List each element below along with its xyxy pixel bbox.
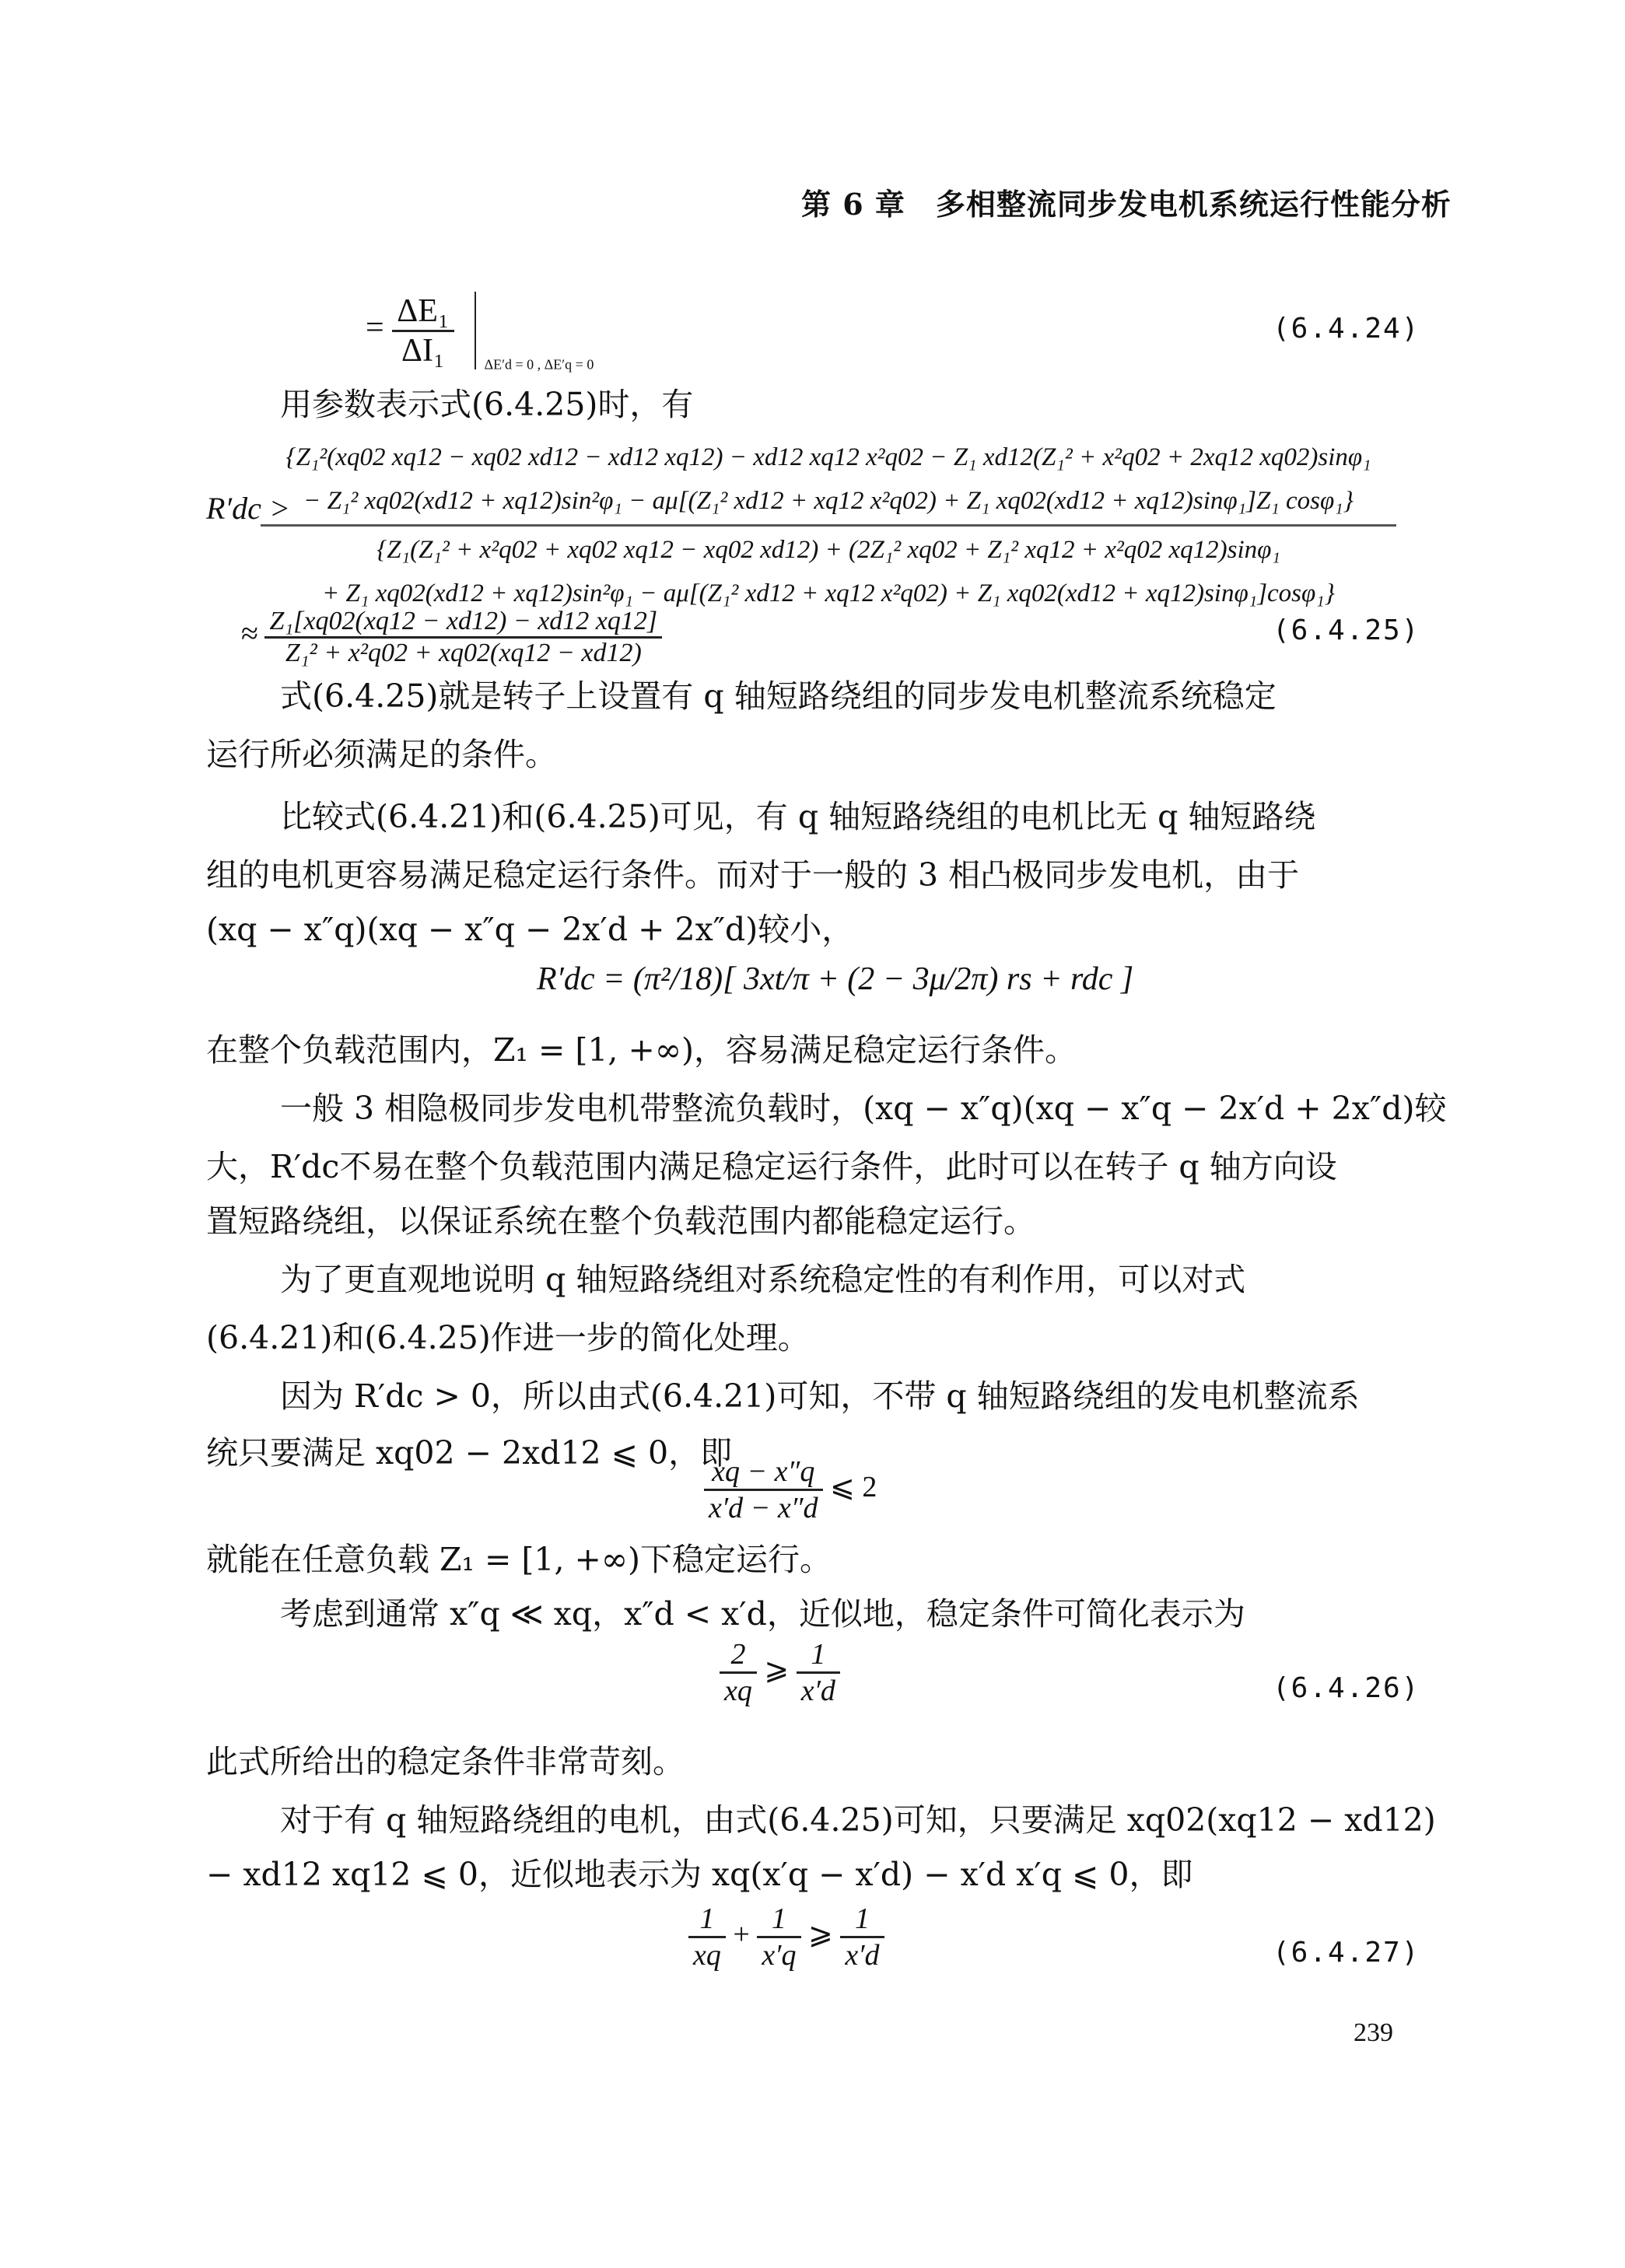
numerator-line: {Z₁²(xq02 xq12 − xq02 xd12 − xd12 xq12) … xyxy=(261,436,1396,479)
evaluation-condition: ΔE′d = 0 , ΔE′q = 0 xyxy=(485,357,594,373)
equation-number: (6.4.25) xyxy=(1273,614,1420,646)
equals-sign: = xyxy=(366,310,384,346)
running-header: 第 6 章 多相整流同步发电机系统运行性能分析 xyxy=(801,180,1452,223)
page-number: 239 xyxy=(1354,2018,1393,2048)
equation-rdc: R′dc = (π²/18)[ 3xt/π + (2 − 3μ/2π) rs +… xyxy=(537,961,1133,998)
numerator: ΔE₁ xyxy=(392,292,454,330)
paragraph: 考虑到通常 x″q ≪ xq，x″d < x′d，近似地，稳定条件可简化表示为 xyxy=(280,1591,1245,1637)
paragraph: 比较式(6.4.21)和(6.4.25)可见，有 q 轴短路绕组的电机比无 q … xyxy=(280,793,1315,840)
paragraph: 此式所给出的稳定条件非常苛刻。 xyxy=(206,1738,685,1785)
numerator: Z₁[xq02(xq12 − xd12) − xd12 xq12] xyxy=(264,607,662,636)
operator: ⩾ xyxy=(808,1918,833,1951)
equation-6-4-24: = ΔE₁ ΔI₁ ΔE′d = 0 , ΔE′q = 0 xyxy=(366,292,594,373)
denominator: x′d xyxy=(840,1936,884,1972)
paragraph: (6.4.21)和(6.4.25)作进一步的简化处理。 xyxy=(206,1314,810,1361)
numerator: xq − x″q xyxy=(704,1454,823,1489)
denominator: x′q xyxy=(757,1936,800,1972)
paragraph: − xd12 xq12 ⩽ 0，近似地表示为 xq(x′q − x′d) − x… xyxy=(206,1851,1192,1898)
numerator: 1 xyxy=(797,1637,840,1671)
numerator: 1 xyxy=(688,1902,726,1936)
fraction: ΔE₁ ΔI₁ xyxy=(392,292,454,369)
equation-6-4-26: 2xq ⩾ 1x′d xyxy=(720,1637,840,1708)
numerator: 1 xyxy=(840,1902,884,1936)
operator: + xyxy=(733,1918,749,1951)
paragraph: 对于有 q 轴短路绕组的电机，由式(6.4.25)可知，只要满足 xq02(xq… xyxy=(280,1797,1436,1843)
paragraph: 在整个负载范围内，Z₁ = [1, +∞)，容易满足稳定运行条件。 xyxy=(206,1027,1077,1073)
equation-6-4-25: {Z₁²(xq02 xq12 − xq02 xd12 − xd12 xq12) … xyxy=(261,436,1396,615)
paragraph: 大，R′dc不易在整个负载范围内满足稳定运行条件，此时可以在转子 q 轴方向设 xyxy=(206,1143,1337,1190)
denominator: xq xyxy=(688,1936,726,1972)
numerator: 2 xyxy=(720,1637,757,1671)
paragraph: 一般 3 相隐极同步发电机带整流负载时，(xq − x″q)(xq − x″q … xyxy=(280,1085,1446,1132)
paragraph: 式(6.4.25)就是转子上设置有 q 轴短路绕组的同步发电机整流系统稳定 xyxy=(280,673,1277,719)
paragraph: 就能在任意负载 Z₁ = [1, +∞)下稳定运行。 xyxy=(206,1536,832,1583)
paragraph: 为了更直观地说明 q 轴短路绕组对系统稳定性的有利作用，可以对式 xyxy=(280,1256,1245,1303)
equation-number: (6.4.27) xyxy=(1273,1937,1420,1969)
equation-number: (6.4.24) xyxy=(1273,313,1420,345)
numerator-line: − Z₁² xq02(xd12 + xq12)sin²φ₁ − aμ[(Z₁² … xyxy=(261,479,1396,523)
paragraph: (xq − x″q)(xq − x″q − 2x′d + 2x″d)较小， xyxy=(206,906,853,953)
equation-number: (6.4.26) xyxy=(1273,1672,1420,1704)
denominator: ΔI₁ xyxy=(392,330,454,369)
inequality-rhs: ⩽ 2 xyxy=(830,1471,877,1503)
paragraph: 组的电机更容易满足稳定运行条件。而对于一般的 3 相凸极同步发电机，由于 xyxy=(206,852,1299,898)
equation-6-4-27: 1xq + 1x′q ⩾ 1x′d xyxy=(688,1902,884,1972)
denominator: x′d − x″d xyxy=(704,1489,823,1525)
numerator: 1 xyxy=(757,1902,800,1936)
denominator: Z₁² + x²q02 + xq02(xq12 − xd12) xyxy=(264,636,662,668)
paragraph: 置短路绕组，以保证系统在整个负载范围内都能稳定运行。 xyxy=(206,1198,1035,1244)
equation-ratio: xq − x″q x′d − x″d ⩽ 2 xyxy=(704,1454,877,1525)
denominator: xq xyxy=(720,1671,757,1708)
paragraph: 运行所必须满足的条件。 xyxy=(206,731,557,778)
operator: ⩾ xyxy=(764,1654,789,1686)
paragraph: 因为 R′dc > 0，所以由式(6.4.21)可知，不带 q 轴短路绕组的发电… xyxy=(280,1373,1360,1419)
paragraph: 统只要满足 xq02 − 2xd12 ⩽ 0，即 xyxy=(206,1430,732,1476)
denominator: x′d xyxy=(797,1671,840,1708)
paragraph: 用参数表示式(6.4.25)时，有 xyxy=(280,381,693,428)
denominator-line: {Z₁(Z₁² + x²q02 + xq02 xq12 − xq02 xd12)… xyxy=(261,528,1396,572)
approx-sign: ≈ xyxy=(241,615,258,650)
approx-expression: ≈ Z₁[xq02(xq12 − xd12) − xd12 xq12] Z₁² … xyxy=(241,607,662,668)
